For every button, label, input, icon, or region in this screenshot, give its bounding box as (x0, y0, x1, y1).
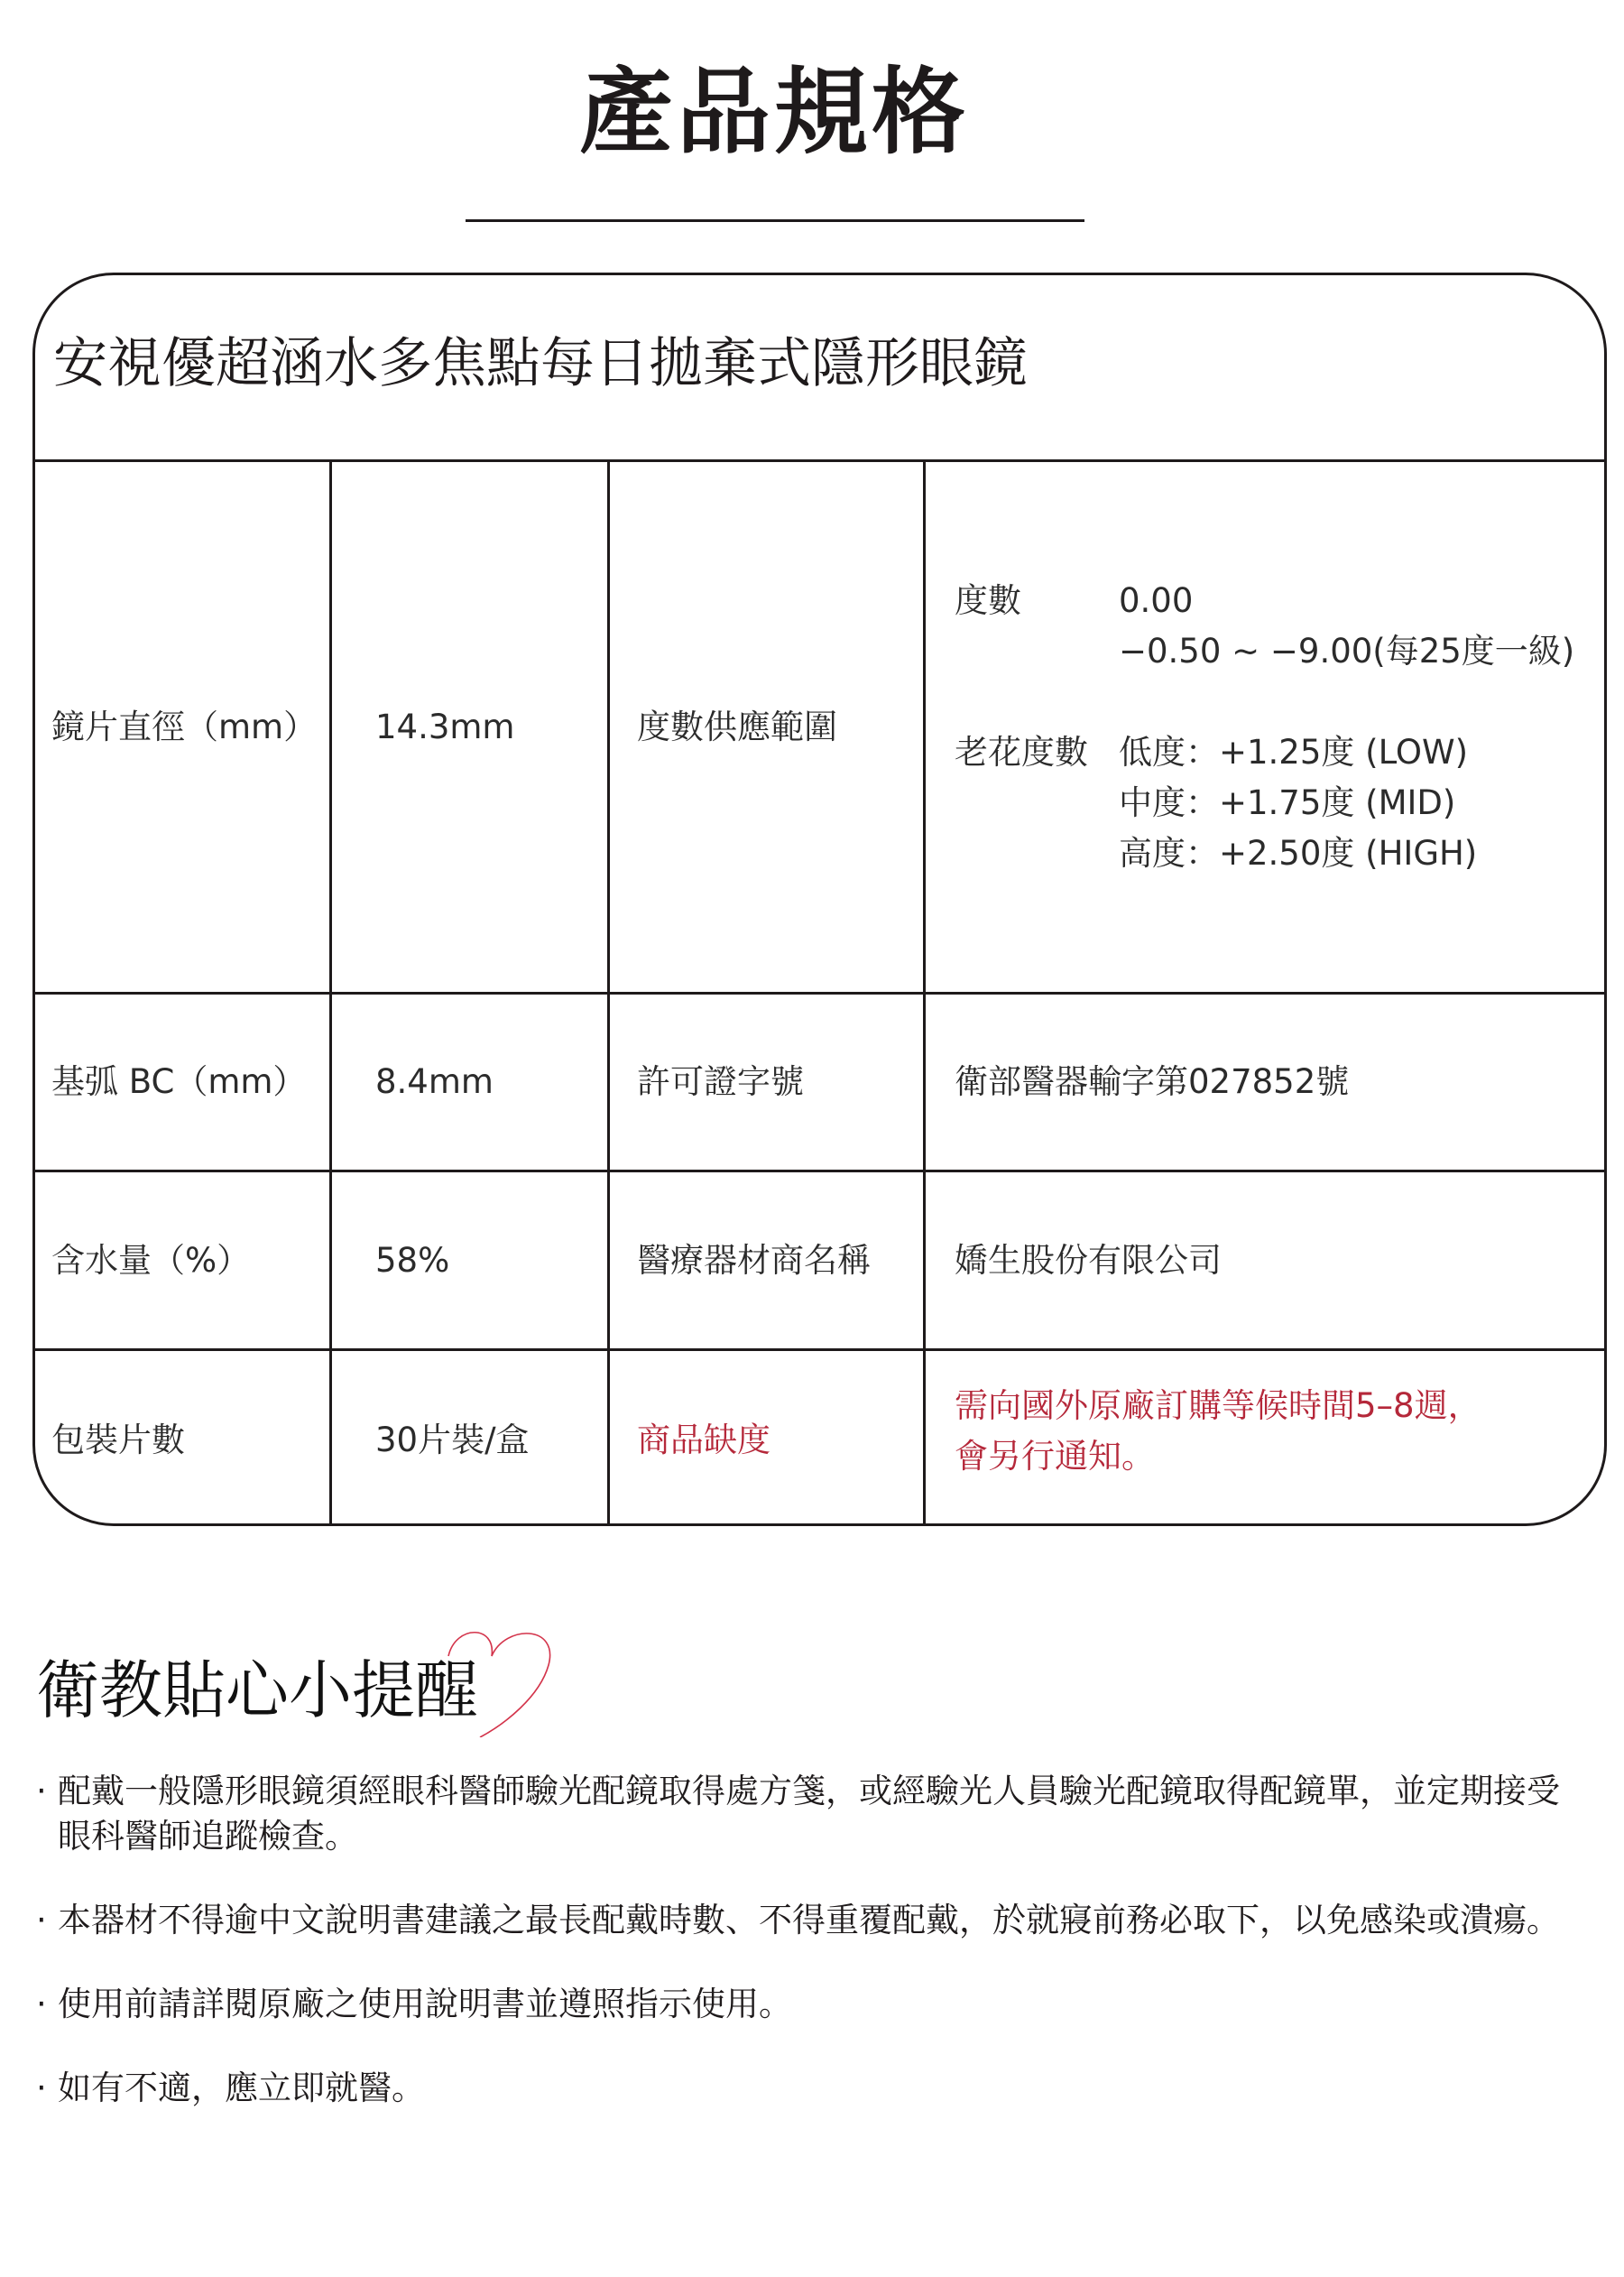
table-row: 包裝片數 30片裝/盒 商品缺度 需向國外原廠訂購等候時間5–8週， 會另行通知… (35, 1348, 1604, 1526)
product-name: 安視優超涵水多焦點每日拋棄式隱形眼鏡 (53, 337, 1028, 391)
power-range-value: 度數 0.00 −0.50 ~ −9.00(每25度一級) 老花度數 低度：+1… (923, 462, 1604, 992)
base-curve-label: 基弧 BC（mm） (35, 995, 329, 1170)
table-row: 鏡片直徑（mm） 14.3mm 度數供應範圍 度數 0.00 −0.50 ~ −… (35, 459, 1604, 992)
myopia-power-value: 0.00 (1119, 576, 1193, 626)
water-content-value: 58% (329, 1172, 607, 1348)
distributor-label: 醫療器材商名稱 (607, 1172, 923, 1348)
out-of-stock-label: 商品缺度 (607, 1351, 923, 1526)
presbyopia-low: 低度：+1.25度 (LOW) (1119, 727, 1468, 778)
bullet-icon: · (36, 2066, 47, 2111)
tip-item: · 如有不適，應立即就醫。 (36, 2066, 1588, 2111)
license-number-label: 許可證字號 (607, 995, 923, 1170)
lens-diameter-value: 14.3mm (329, 462, 607, 992)
water-content-label: 含水量（%） (35, 1172, 329, 1348)
heart-icon (433, 1620, 568, 1737)
lens-diameter-label: 鏡片直徑（mm） (35, 462, 329, 992)
bullet-icon: · (36, 1898, 47, 1943)
distributor-value: 嬌生股份有限公司 (923, 1172, 1604, 1348)
spec-table: 安視優超涵水多焦點每日拋棄式隱形眼鏡 鏡片直徑（mm） 14.3mm 度數供應範… (32, 273, 1607, 1526)
out-of-stock-notice: 需向國外原廠訂購等候時間5–8週， 會另行通知。 (923, 1351, 1604, 1526)
bullet-icon: · (36, 1769, 47, 1814)
presbyopia-power-label: 老花度數 (955, 727, 1119, 778)
tip-item: · 配戴一般隱形眼鏡須經眼科醫師驗光配鏡取得處方箋，或經驗光人員驗光配鏡取得配鏡… (36, 1769, 1588, 1859)
pack-count-value: 30片裝/盒 (329, 1351, 607, 1526)
presbyopia-high: 高度：+2.50度 (HIGH) (1119, 828, 1477, 879)
title-divider (466, 219, 1084, 222)
pack-count-label: 包裝片數 (35, 1351, 329, 1526)
power-range-label: 度數供應範圍 (607, 462, 923, 992)
table-row: 含水量（%） 58% 醫療器材商名稱 嬌生股份有限公司 (35, 1170, 1604, 1348)
table-row: 基弧 BC（mm） 8.4mm 許可證字號 衛部醫器輸字第027852號 (35, 992, 1604, 1170)
myopia-power-label: 度數 (955, 576, 1119, 626)
out-of-stock-notice-line2: 會另行通知。 (955, 1431, 1481, 1482)
base-curve-value: 8.4mm (329, 995, 607, 1170)
tips-list: · 配戴一般隱形眼鏡須經眼科醫師驗光配鏡取得處方箋，或經驗光人員驗光配鏡取得配鏡… (36, 1769, 1588, 2150)
bullet-icon: · (36, 1982, 47, 2027)
tip-item: · 本器材不得逾中文說明書建議之最長配戴時數、不得重覆配戴，於就寢前務必取下，以… (36, 1898, 1588, 1943)
tip-item: · 使用前請詳閱原廠之使用說明書並遵照指示使用。 (36, 1982, 1588, 2027)
out-of-stock-notice-line1: 需向國外原廠訂購等候時間5–8週， (955, 1381, 1481, 1431)
myopia-power-range: −0.50 ~ −9.00(每25度一級) (1119, 626, 1574, 677)
tips-title: 衛教貼心小提醒 (36, 1659, 478, 1722)
presbyopia-mid: 中度：+1.75度 (MID) (1119, 778, 1455, 828)
page-title: 產品規格 (0, 65, 1548, 159)
license-number-value: 衛部醫器輸字第027852號 (923, 995, 1604, 1170)
